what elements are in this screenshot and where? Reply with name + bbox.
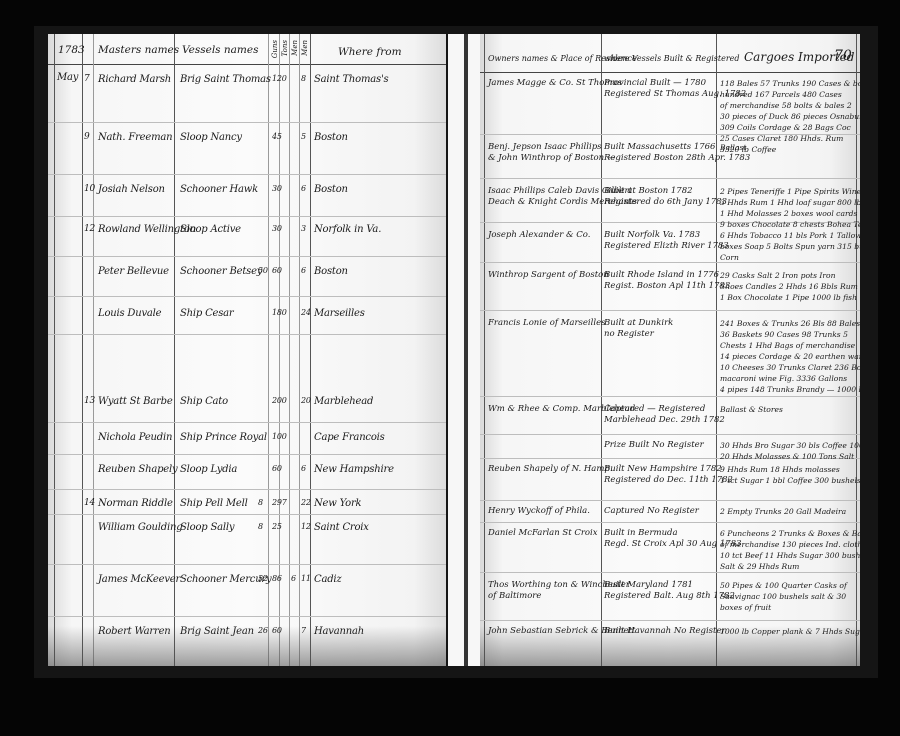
where-from: Boston [314, 266, 348, 277]
row-rule [48, 216, 446, 217]
row-tons: 25 [272, 522, 282, 531]
row-rule [480, 262, 860, 263]
vessel-name: Schooner Betsey [180, 266, 262, 277]
row-tons: 297 [272, 498, 287, 507]
cargo-line: 2 Pipes Teneriffe 1 Pipe Spirits Wines [720, 186, 860, 197]
row-rule [48, 256, 446, 257]
owner-name: Benj. Jepson Isaac Phillips [488, 142, 602, 153]
where-from: Boston [314, 184, 348, 195]
row-rule [48, 122, 446, 123]
built-registered: Captured — Registered [604, 404, 705, 415]
row-day: 14 [84, 498, 95, 508]
owner-name: James Magge & Co. St Thomas [488, 78, 622, 89]
row-men: 3 [301, 224, 306, 233]
cargo-line: 6 Puncheons 2 Trunks & Boxes & Bales [720, 528, 860, 539]
cargo-line: 1 Hhd Molasses 2 boxes wool cards [720, 208, 857, 219]
built-registered: Prize Built No Register [604, 440, 704, 451]
built-registered: no Register [604, 329, 654, 340]
header-men: Men [301, 40, 309, 56]
header-tons: Tons [281, 40, 289, 56]
row-rule [48, 616, 446, 617]
month-label: May [57, 72, 78, 83]
row-rule [48, 454, 446, 455]
cargo-line: 241 Boxes & Trunks 26 Bls 88 Bales [720, 318, 860, 329]
row-rule [480, 434, 860, 435]
owner-name: & John Winthrop of Boston — [488, 153, 615, 164]
header-rule [48, 64, 446, 65]
header-guns: Guns [271, 40, 279, 58]
header-masters: Masters names [98, 44, 179, 56]
cargo-line: 20 Hhds Molasses & 100 Tons Salt [720, 451, 854, 462]
vessel-rule [268, 34, 269, 666]
row-men: 6 [301, 266, 306, 275]
vessel-name: Sloop Sally [180, 522, 234, 533]
row-day: 10 [84, 184, 95, 194]
row-tons: 180 [272, 308, 287, 317]
row-men: 5 [301, 132, 306, 141]
cargo-line: 3 Hhds Rum 1 Hhd loaf sugar 800 lb [720, 197, 860, 208]
cargo-line: 309 Coils Cordage & 28 Bags Coc [720, 122, 851, 133]
row-tons: 100 [272, 432, 287, 441]
header-vessels: Vessels names [182, 44, 259, 56]
left-page: 1783 Masters names Vessels names Guns To… [48, 34, 446, 666]
cargo-line: Sauvignac 100 bushels salt & 30 [720, 591, 846, 602]
margin-rule [54, 34, 55, 666]
master-name: Josiah Nelson [98, 184, 165, 195]
where-from: Cadiz [314, 574, 341, 585]
row-tons: 60 [272, 266, 282, 275]
row-col-c: 6 [291, 574, 296, 583]
cargo-line: 10 Cheeses 30 Trunks Claret 236 Boxes [720, 362, 860, 373]
owner-name: Winthrop Sargent of Boston [488, 270, 609, 281]
cargo-line: Ballast & Stores [720, 404, 783, 415]
where-from: Norfolk in Va. [314, 224, 381, 235]
header-col-c: Men [291, 40, 299, 56]
row-men: 7 [301, 626, 306, 635]
row-tons: 200 [272, 396, 287, 405]
where-from: Marblehead [314, 396, 373, 407]
built-registered: Built Havannah No Register [604, 626, 726, 637]
where-from: Saint Thomas's [314, 74, 388, 85]
date-rule [82, 34, 83, 666]
row-tons: 86 [272, 574, 282, 583]
vessel-name: Brig Saint Jean [180, 626, 254, 637]
master-name: Louis Duvale [98, 308, 161, 319]
row-day: 7 [84, 74, 90, 84]
guns-rule [279, 34, 280, 666]
master-name: Peter Bellevue [98, 266, 169, 277]
built-registered: Registered Boston 28th Apr. 1783 [604, 153, 750, 164]
row-tons: 60 [272, 464, 282, 473]
row-day: 9 [84, 132, 90, 142]
row-men: 8 [301, 74, 306, 83]
row-men: 6 [301, 464, 306, 473]
built-registered: Built in Bermuda [604, 528, 678, 539]
cargo-line: boxes Soap 5 Bolts Spun yarn 315 bush [720, 241, 860, 252]
row-day: 13 [84, 396, 95, 406]
built-registered: Registered Balt. Aug 8th 1782 [604, 591, 735, 602]
row-rule [48, 514, 446, 515]
cargo-line: Salt & 29 Hhds Rum [720, 561, 799, 572]
right-page: Owners names & Place of Residence where … [480, 34, 860, 666]
row-tons: 120 [272, 74, 287, 83]
where-from: Havannah [314, 626, 364, 637]
cargo-line: of merchandise 130 pieces Ind. cloth [720, 539, 860, 550]
gutter-strip [468, 34, 480, 666]
master-name: Robert Warren [98, 626, 171, 637]
vessel-name: Ship Cato [180, 396, 228, 407]
vessel-name: Ship Cesar [180, 308, 234, 319]
row-men: 22 [301, 498, 311, 507]
built-registered: Built Massachusetts 1766 [604, 142, 715, 153]
cargo-line: macaroni wine Fig. 3336 Gallons [720, 373, 847, 384]
vessel-name: Brig Saint Thomas [180, 74, 271, 85]
cargo-line: 9 boxes Chocolate 8 chests Bohea Tea [720, 219, 860, 230]
header-where-from: Where from [338, 46, 402, 58]
cargo-line: 1 tct Sugar 1 bbl Coffee 300 bushels Sal… [720, 475, 860, 486]
row-guns: 8 [258, 522, 263, 531]
row-rule [480, 522, 860, 523]
row-men: 6 [301, 184, 306, 193]
row-tons: 30 [272, 224, 282, 233]
cargo-line: Shoes Candles 2 Hhds 16 Bbls Rum [720, 281, 858, 292]
owner-name: Daniel McFarlan St Croix [488, 528, 598, 539]
cargo-line: 14 pieces Cordage & 20 earthen ware [720, 351, 860, 362]
cargo-line: 4 pipes 148 Trunks Brandy — 1000 lb [720, 384, 860, 395]
row-guns: 26 [258, 626, 268, 635]
cargo-line: 1000 lb Copper plank & 7 Hhds Sugar [720, 626, 860, 637]
row-men: 12 [301, 522, 311, 531]
cargo-line: 6 Hhds Tobacco 11 bls Pork 1 Tallow 9 [720, 230, 860, 241]
master-name: William Goulding [98, 522, 182, 533]
cargo-line: hundred 167 Parcels 480 Cases [720, 89, 842, 100]
cargo-line: 50 Pipes & 100 Quarter Casks of [720, 580, 847, 591]
row-rule [48, 296, 446, 297]
row-rule [48, 564, 446, 565]
owner-name: Reuben Shapely of N. Hamp. [488, 464, 613, 475]
built-registered: Built at Dunkirk [604, 318, 673, 329]
cargo-line: 30 Hhds Bro Sugar 30 bls Coffee 1000 lb [720, 440, 860, 451]
built-registered: Built Maryland 1781 [604, 580, 693, 591]
vessel-name: Ship Prince Royal [180, 432, 267, 443]
master-name: Wyatt St Barbe [98, 396, 173, 407]
row-rule [480, 396, 860, 397]
row-tons: 60 [272, 626, 282, 635]
cargo-line: Ballast [720, 142, 746, 153]
built-registered: Provincial Built — 1780 [604, 78, 706, 89]
tons-rule [289, 34, 290, 666]
built-registered: Registered do 6th Jany 1783 [604, 197, 727, 208]
header-built: where Vessels Built & Registered [604, 54, 740, 63]
cargo-line: 1 Box Chocolate 1 Pipe 1000 lb fish [720, 292, 857, 303]
where-from: Boston [314, 132, 348, 143]
master-name: James McKeever [98, 574, 180, 585]
master-name: Nath. Freeman [98, 132, 172, 143]
built-registered: Built at Boston 1782 [604, 186, 693, 197]
cargo-line: 30 pieces of Duck 86 pieces Osnaburgs [720, 111, 860, 122]
row-tons: 30 [272, 184, 282, 193]
master-name: Reuben Shapely [98, 464, 177, 475]
ledger-year: 1783 [58, 44, 85, 56]
where-from: New York [314, 498, 361, 509]
built-registered: Registered do Dec. 11th 1782 [604, 475, 733, 486]
vessel-name: Schooner Hawk [180, 184, 258, 195]
row-rule [48, 489, 446, 490]
owner-name: Joseph Alexander & Co. [488, 230, 590, 241]
cargo-line: 2 Empty Trunks 20 Gall Madeira [720, 506, 846, 517]
vessel-name: Ship Pell Mell [180, 498, 248, 509]
built-registered: Built Rhode Island in 1776 [604, 270, 719, 281]
where-from: Cape Francois [314, 432, 385, 443]
where-from: Marseilles [314, 308, 365, 319]
row-rule [480, 500, 860, 501]
cargo-line: Corn [720, 252, 739, 263]
built-registered: Regist. Boston Apl 11th 1783 [604, 281, 730, 292]
row-rule [480, 572, 860, 573]
owner-name: Henry Wyckoff of Phila. [488, 506, 590, 517]
built-registered: Built New Hampshire 1782 [604, 464, 722, 475]
row-day: 12 [84, 224, 95, 234]
cargo-line: of merchandise 58 bolts & bales 2 [720, 100, 852, 111]
row-rule [480, 310, 860, 311]
built-registered: Captured No Register [604, 506, 699, 517]
row-rule [48, 174, 446, 175]
colc-rule [299, 34, 300, 666]
row-rule [48, 334, 446, 335]
row-rule [480, 178, 860, 179]
owner-name: of Baltimore [488, 591, 541, 602]
built-registered: Built Norfolk Va. 1783 [604, 230, 700, 241]
master-name: Richard Marsh [98, 74, 171, 85]
where-from: Saint Croix [314, 522, 369, 533]
master-rule [174, 34, 175, 666]
built-registered: Registered Elizth River 1783 [604, 241, 729, 252]
vessel-name: Sloop Active [180, 224, 241, 235]
row-guns: 52 [258, 574, 268, 583]
cargo-line: 118 Bales 57 Trunks 190 Cases & boxes 2 [720, 78, 860, 89]
owner-name: Francis Lonie of Marseilles [488, 318, 605, 329]
men-rule [310, 34, 311, 666]
row-tons: 45 [272, 132, 282, 141]
cargo-line: 29 Casks Salt 2 Iron pots Iron [720, 270, 836, 281]
cargo-line: 10 tct Beef 11 Hhds Sugar 300 bushels [720, 550, 860, 561]
cargo-line: Chests 1 Hhd Bags of merchandise [720, 340, 855, 351]
master-name: Norman Riddle [98, 498, 173, 509]
cargo-line: 9 Hhds Rum 18 Hhds molasses [720, 464, 840, 475]
ledger-book: 1783 Masters names Vessels names Guns To… [34, 26, 878, 678]
day-rule [93, 34, 94, 666]
header-rule [480, 72, 860, 73]
row-men: 20 [301, 396, 311, 405]
row-guns: 8 [258, 498, 263, 507]
row-men: 11 [301, 574, 311, 583]
vessel-name: Sloop Lydia [180, 464, 237, 475]
page-number: 70 [834, 48, 852, 64]
row-rule [48, 422, 446, 423]
built-registered: Marblehead Dec. 29th 1782 [604, 415, 725, 426]
gutter-strip [448, 34, 464, 666]
row-guns: 50 [258, 266, 268, 275]
cargo-line: 36 Baskets 90 Cases 98 Trunks 5 [720, 329, 848, 340]
where-from: New Hampshire [314, 464, 394, 475]
master-name: Nichola Peudin [98, 432, 172, 443]
row-men: 24 [301, 308, 311, 317]
cargo-line: boxes of fruit [720, 602, 771, 613]
row-rule [480, 620, 860, 621]
vessel-name: Sloop Nancy [180, 132, 242, 143]
